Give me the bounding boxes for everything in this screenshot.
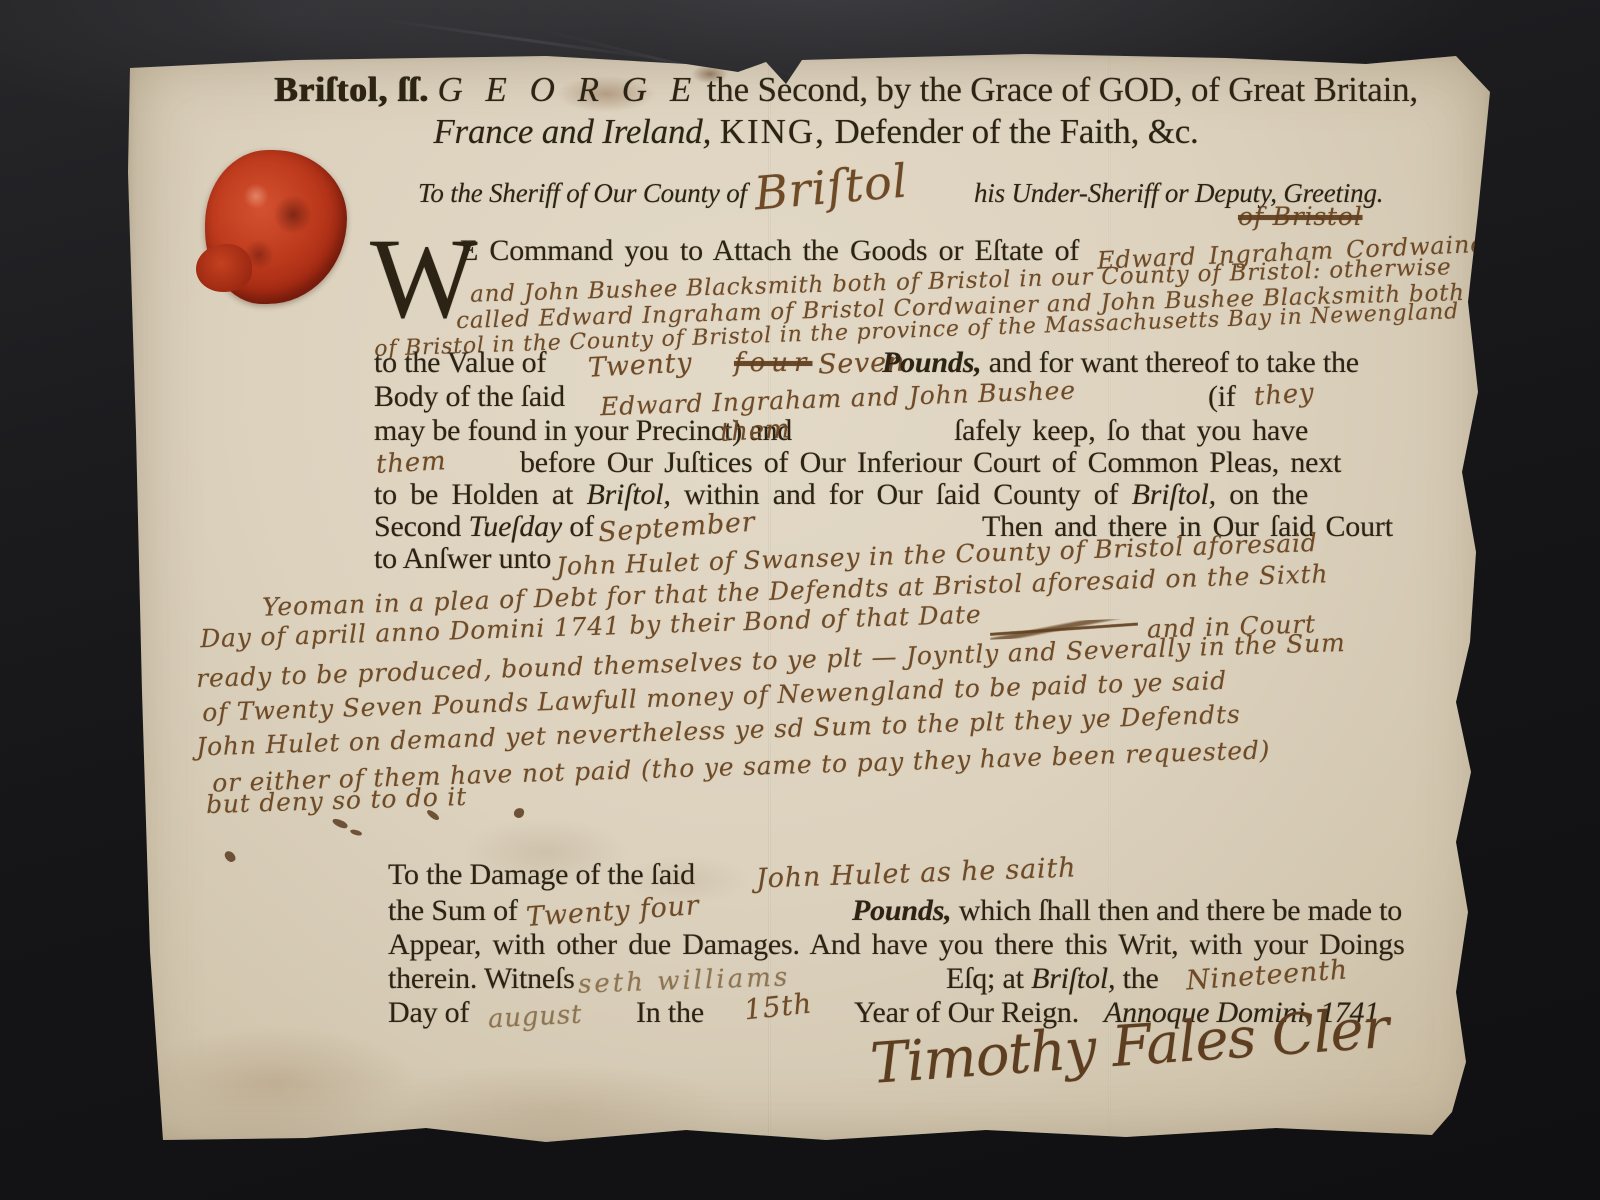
plea-line-6: or either of them have not paid (tho ye … — [212, 752, 1270, 781]
value-print-1: to the Value of — [374, 346, 546, 380]
place-blackletter: Briſtol, ſſ. — [274, 70, 429, 109]
salutation-print-left: To the Sheriff of Our County of — [418, 178, 747, 209]
background-streak — [380, 18, 677, 63]
value-struck-four: four — [734, 348, 812, 378]
damage-print-2: the Sum of — [388, 894, 518, 928]
value-print-2: Pounds, and for want thereof to take the — [882, 346, 1359, 380]
header-line-1-rest: the Second, by the Grace of GOD, of Grea… — [707, 70, 1418, 109]
header-realms: France and Ireland, — [433, 112, 711, 151]
value-pounds: Pounds, — [882, 346, 981, 379]
holden-print: to be Holden at Briſtol, within and for … — [374, 478, 1308, 512]
defendant-handwritten-4: of Bristol in the County of Bristol in t… — [374, 318, 1459, 343]
damage-print-6: Eſq; at Briſtol, the — [946, 962, 1159, 996]
precinct-handwritten-them: them — [719, 414, 791, 448]
header-line-2-rest: Defender of the Faith, &c. — [835, 112, 1199, 151]
damage-print-7: Day of — [388, 996, 469, 1030]
document-paper: Briſtol, ſſ. G E O R G E the Second, by … — [126, 52, 1494, 1147]
ink-spatter — [223, 849, 237, 864]
damage-pounds: Pounds, — [852, 894, 951, 927]
body-handwritten-they: they — [1253, 378, 1315, 412]
struck-of-bristol: of Bristol — [1238, 202, 1363, 231]
them-handwritten: them — [375, 446, 447, 480]
damage-print-4: Appear, with other due Damages. And have… — [388, 928, 1405, 962]
body-print-1: Body of the ſaid — [374, 380, 565, 414]
damage-handwritten-sum: Twenty four — [525, 890, 700, 933]
wax-seal-lobe — [196, 244, 252, 292]
damage-print-5: therein. Witneſs — [388, 962, 575, 996]
ink-spatter — [350, 828, 363, 837]
tuesday-print-1: Second Tueſday of — [374, 510, 594, 544]
ink-spatter — [513, 807, 525, 819]
precinct-print-2: ſafely keep, ſo that you have — [954, 414, 1308, 448]
answer-print: to Anſwer unto — [374, 542, 551, 576]
header-line-1: Briſtol, ſſ. G E O R G E the Second, by … — [196, 70, 1496, 110]
damage-print-1: To the Damage of the ſaid — [388, 858, 695, 892]
justices-print: before Our Juſtices of Our Inferiour Cou… — [520, 446, 1341, 480]
month-bottom-handwritten: august — [487, 1000, 583, 1035]
king-name: G E O R G E — [438, 70, 699, 109]
photo-stage: Briſtol, ſſ. G E O R G E the Second, by … — [0, 0, 1600, 1200]
ink-spatter — [331, 817, 348, 831]
damage-print-3: Pounds, which ſhall then and there be ma… — [852, 894, 1402, 928]
regnal-handwritten: 15th — [742, 987, 813, 1027]
body-handwritten-names: Edward Ingraham and John Bushee — [600, 384, 1076, 413]
header-line-2: France and Ireland, KING, Defender of th… — [196, 112, 1436, 152]
county-handwritten: Briſtol — [754, 160, 908, 214]
damage-handwritten-plaintiff: John Hulet as he saith — [756, 858, 1076, 889]
body-print-2: (if — [1208, 380, 1236, 414]
value-handwritten-twenty: Twenty — [587, 347, 693, 383]
clerk-signature: Timothy Fales Cler — [870, 1014, 1389, 1079]
damage-print-8: In the — [636, 996, 704, 1030]
header-king: KING, — [720, 112, 826, 151]
plea-line-1: Yeoman in a plea of Debt for that the De… — [262, 576, 1329, 605]
